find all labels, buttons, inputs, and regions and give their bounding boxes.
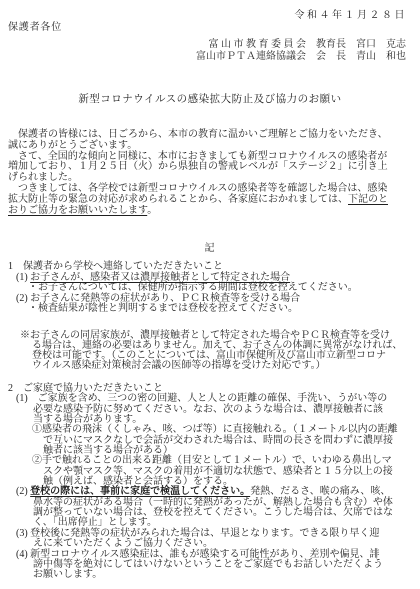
ki-separator: 記 [0,239,420,254]
signature-block: 富 山 市 教 育 委 員 会 教育長 宮口 克志 富山市ＰＴＡ連絡協議会 会 … [196,39,406,62]
text-line: おりご協力をお願いいたします。 [8,206,412,217]
signature-line-1: 富 山 市 教 育 委 員 会 教育長 宮口 克志 [196,39,406,51]
note-paragraph: ※お子さんの同居家族が、濃厚接触者として特定された場合やＰＣＲ検査等を受ける場合… [8,331,412,371]
document-date: 令和４年１月２８日 [295,6,408,21]
recipient-line: 保護者各位 [8,18,62,33]
text-line: お願いします。 [8,570,412,580]
signature-line-2: 富山市ＰＴＡ連絡協議会 会 長 青山 和也 [196,51,406,63]
text-line: ・検査結果が陰性と判明するまでは登校を控えてください。 [8,304,412,315]
section-1-contact-school: 1 保護者から学校へ連絡していただきたいこと(1) お子さんが、感染者又は濃厚接… [8,262,412,315]
text-line: ウイルス感染症対策検討会議の医師等の指導を受けた対応です。） [8,361,412,371]
section-2-home-cooperation: 2 ご家庭で協力いただきたいこと(1) ご家族を含め、三つの密の回避、人と人との… [8,384,412,581]
document-page: 令和４年１月２８日 保護者各位 富 山 市 教 育 委 員 会 教育長 宮口 克… [0,0,420,589]
document-title: 新型コロナウイルスの感染拡大防止及び協力のお願い [0,91,420,106]
intro-paragraphs: 保護者の皆様には、日ごろから、本市の教育に温かいご理解とご協力をいただき、誠にあ… [8,130,412,216]
